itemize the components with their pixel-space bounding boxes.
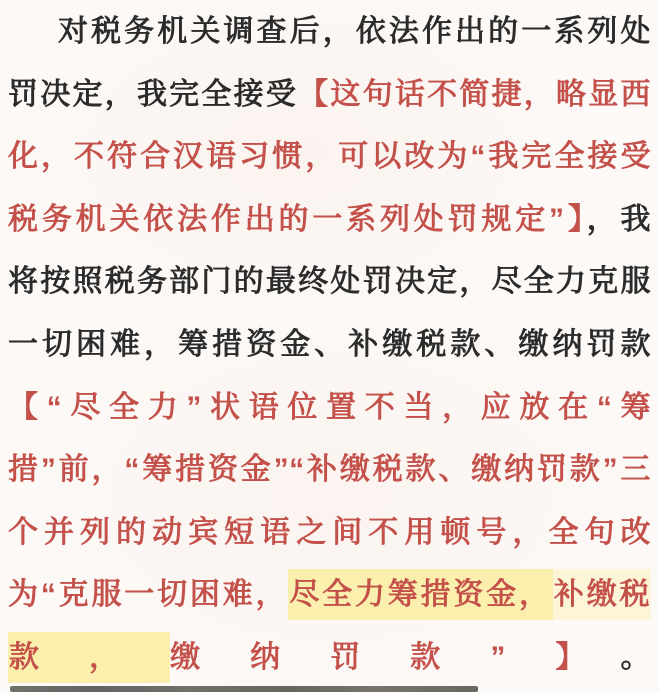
annotation-text-run: 化，不符合汉语习惯，可以改为“我完全接受 [8, 140, 651, 173]
text-line: 一切困难，筹措资金、补缴税款、缴纳罚款 [8, 314, 651, 377]
next-line-cutoff-bar [10, 686, 478, 692]
annotation-text-run: 个并列的动宾短语之间不用顿号，全句改 [8, 516, 651, 549]
text-line: 为“克服一切困难，尽全力筹措资金，补缴税 [8, 564, 651, 627]
annotation-text-run: 税务机关依法作出的一系列处罚规定”】 [8, 203, 587, 236]
text-line: 对税务机关调查后，依法作出的一系列处 [8, 1, 651, 64]
text-line: 【“尽全力”状语位置不当，应放在“筹 [8, 377, 651, 440]
text-line: 措”前，“筹措资金”“补缴税款、缴纳罚款”三 [8, 439, 651, 502]
text-line: 化，不符合汉语习惯，可以改为“我完全接受 [8, 126, 651, 189]
highlighted-annotation-run: 款， [8, 632, 170, 683]
body-text-run: 对税务机关调查后，依法作出的一系列处 [58, 15, 651, 48]
text-line: 将按照税务部门的最终处罚决定，尽全力克服 [8, 251, 651, 314]
highlighted-annotation-run: 补缴税 [553, 569, 651, 620]
sentence-period-run: 。 [621, 641, 652, 674]
annotation-text-run: 措”前，“筹措资金”“补缴税款、缴纳罚款”三 [8, 453, 651, 486]
annotation-text-run: 【“尽全力”状语位置不当，应放在“筹 [8, 391, 651, 424]
annotation-text-run: 缴纳罚款”】 [170, 641, 620, 674]
annotation-text-run: 为“克服一切困难， [8, 578, 288, 611]
body-text-run: ，我 [587, 203, 651, 236]
body-text-run: 将按照税务部门的最终处罚决定，尽全力克服 [8, 265, 651, 298]
text-line: 个并列的动宾短语之间不用顿号，全句改 [8, 502, 651, 565]
body-text-run: 一切困难，筹措资金、补缴税款、缴纳罚款 [8, 328, 651, 361]
document-text-column: 对税务机关调查后，依法作出的一系列处 罚决定，我完全接受【这句话不简捷，略显西 … [8, 0, 651, 690]
text-line: 罚决定，我完全接受【这句话不简捷，略显西 [8, 64, 651, 127]
body-text-run: 罚决定，我完全接受 [8, 78, 298, 111]
highlighted-annotation-run: 尽全力筹措资金， [288, 569, 553, 620]
text-line: 税务机关依法作出的一系列处罚规定”】，我 [8, 189, 651, 252]
text-line: 款，缴纳罚款”】。 [8, 627, 651, 690]
annotation-text-run: 【这句话不简捷，略显西 [298, 78, 651, 111]
page: { "colors": { "body_text": "#2b2b2b", "a… [0, 0, 659, 692]
